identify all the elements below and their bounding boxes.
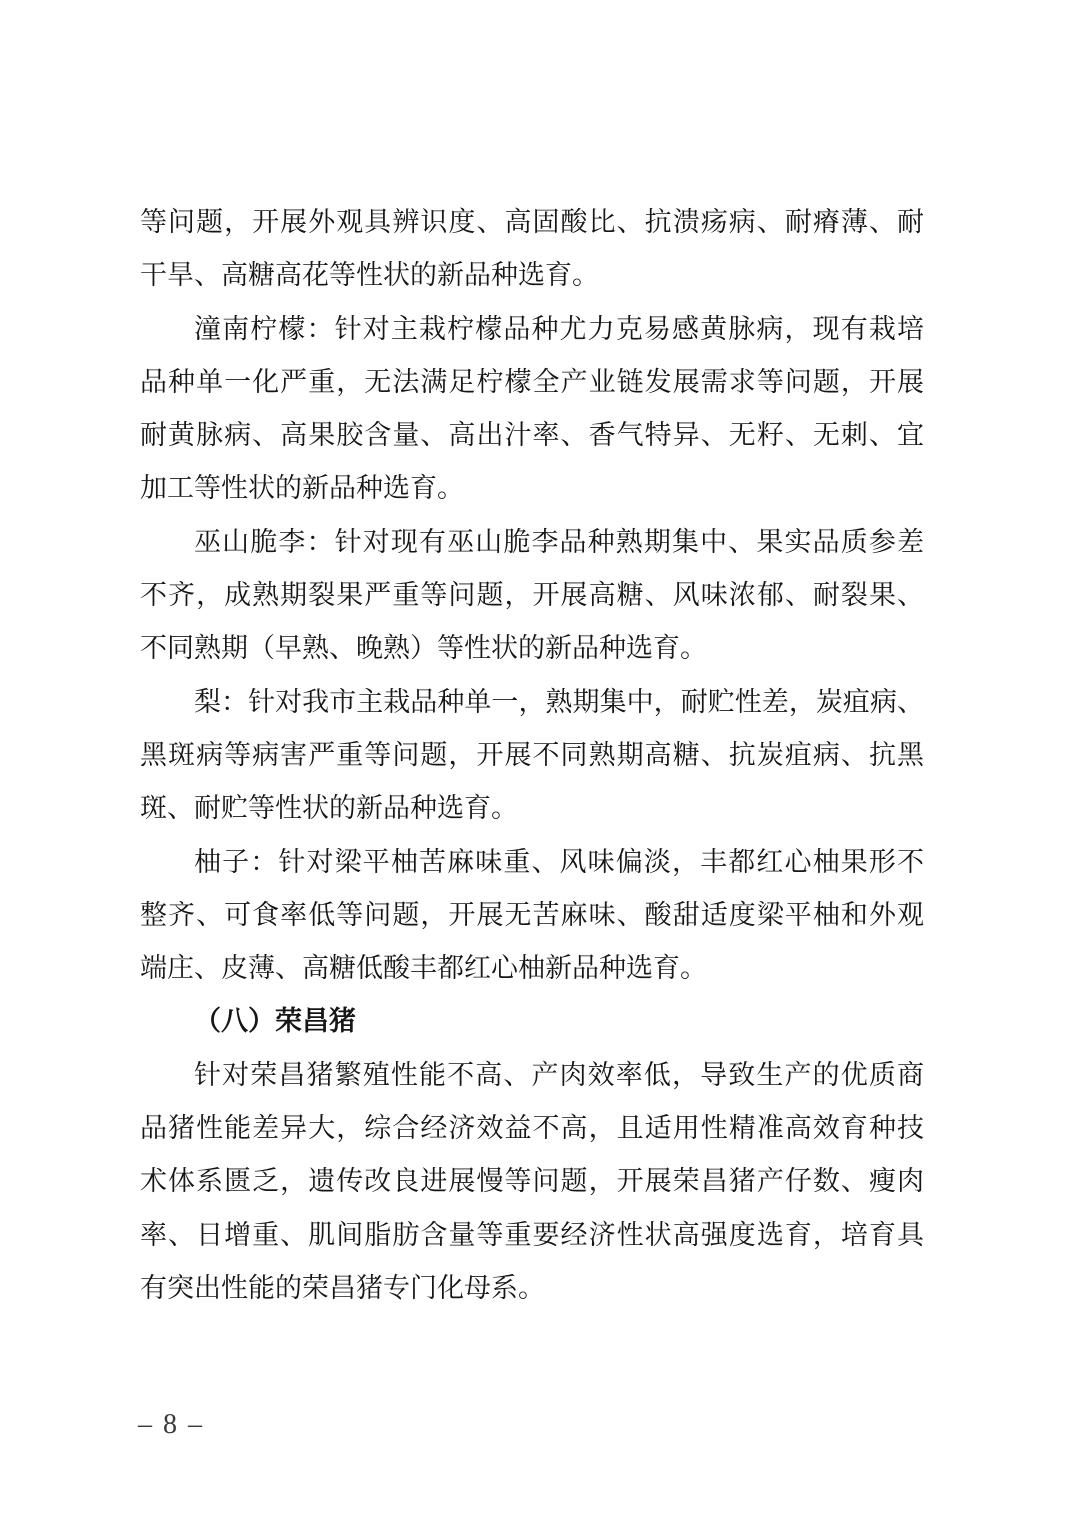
paragraph: 梨：针对我市主栽品种单一，熟期集中，耐贮性差，炭疽病、黑斑病等病害严重等问题，开… [140, 676, 924, 836]
text-line: 斑、耐贮等性状的新品种选育。 [140, 782, 924, 835]
paragraph: 针对荣昌猪繁殖性能不高、产肉效率低，导致生产的优质商品猪性能差异大，综合经济效益… [140, 1049, 924, 1315]
text-line: 针对荣昌猪繁殖性能不高、产肉效率低，导致生产的优质商 [140, 1049, 924, 1102]
text-line: 术体系匮乏，遗传改良进展慢等问题，开展荣昌猪产仔数、瘦肉 [140, 1155, 924, 1208]
text-line: 不齐，成熟期裂果严重等问题，开展高糖、风味浓郁、耐裂果、 [140, 569, 924, 622]
text-line: 加工等性状的新品种选育。 [140, 462, 924, 515]
text-line: 巫山脆李：针对现有巫山脆李品种熟期集中、果实品质参差 [140, 516, 924, 569]
text-line: 潼南柠檬：针对主栽柠檬品种尤力克易感黄脉病，现有栽培 [140, 303, 924, 356]
text-line: 等问题，开展外观具辨识度、高固酸比、抗溃疡病、耐瘠薄、耐 [140, 196, 924, 249]
section-heading: （八）荣昌猪 [140, 995, 924, 1048]
text-line: （八）荣昌猪 [140, 995, 924, 1048]
text-line: 梨：针对我市主栽品种单一，熟期集中，耐贮性差，炭疽病、 [140, 676, 924, 729]
page-number: – 8 – [138, 1408, 204, 1442]
paragraph: 巫山脆李：针对现有巫山脆李品种熟期集中、果实品质参差不齐，成熟期裂果严重等问题，… [140, 516, 924, 676]
text-line: 品种单一化严重，无法满足柠檬全产业链发展需求等问题，开展 [140, 356, 924, 409]
text-line: 柚子：针对梁平柚苦麻味重、风味偏淡，丰都红心柚果形不 [140, 836, 924, 889]
paragraph: 潼南柠檬：针对主栽柠檬品种尤力克易感黄脉病，现有栽培品种单一化严重，无法满足柠檬… [140, 303, 924, 516]
text-line: 端庄、皮薄、高糖低酸丰都红心柚新品种选育。 [140, 942, 924, 995]
text-line: 品猪性能差异大，综合经济效益不高，且适用性精准高效育种技 [140, 1102, 924, 1155]
text-line: 黑斑病等病害严重等问题，开展不同熟期高糖、抗炭疽病、抗黑 [140, 729, 924, 782]
document-page: 等问题，开展外观具辨识度、高固酸比、抗溃疡病、耐瘠薄、耐干旱、高糖高花等性状的新… [0, 0, 1074, 1520]
document-body: 等问题，开展外观具辨识度、高固酸比、抗溃疡病、耐瘠薄、耐干旱、高糖高花等性状的新… [140, 196, 924, 1315]
paragraph: 柚子：针对梁平柚苦麻味重、风味偏淡，丰都红心柚果形不整齐、可食率低等问题，开展无… [140, 836, 924, 996]
text-line: 干旱、高糖高花等性状的新品种选育。 [140, 249, 924, 302]
text-line: 整齐、可食率低等问题，开展无苦麻味、酸甜适度梁平柚和外观 [140, 889, 924, 942]
paragraph: 等问题，开展外观具辨识度、高固酸比、抗溃疡病、耐瘠薄、耐干旱、高糖高花等性状的新… [140, 196, 924, 303]
text-line: 有突出性能的荣昌猪专门化母系。 [140, 1262, 924, 1315]
text-line: 不同熟期（早熟、晚熟）等性状的新品种选育。 [140, 622, 924, 675]
text-line: 率、日增重、肌间脂肪含量等重要经济性状高强度选育，培育具 [140, 1209, 924, 1262]
text-line: 耐黄脉病、高果胶含量、高出汁率、香气特异、无籽、无刺、宜 [140, 409, 924, 462]
